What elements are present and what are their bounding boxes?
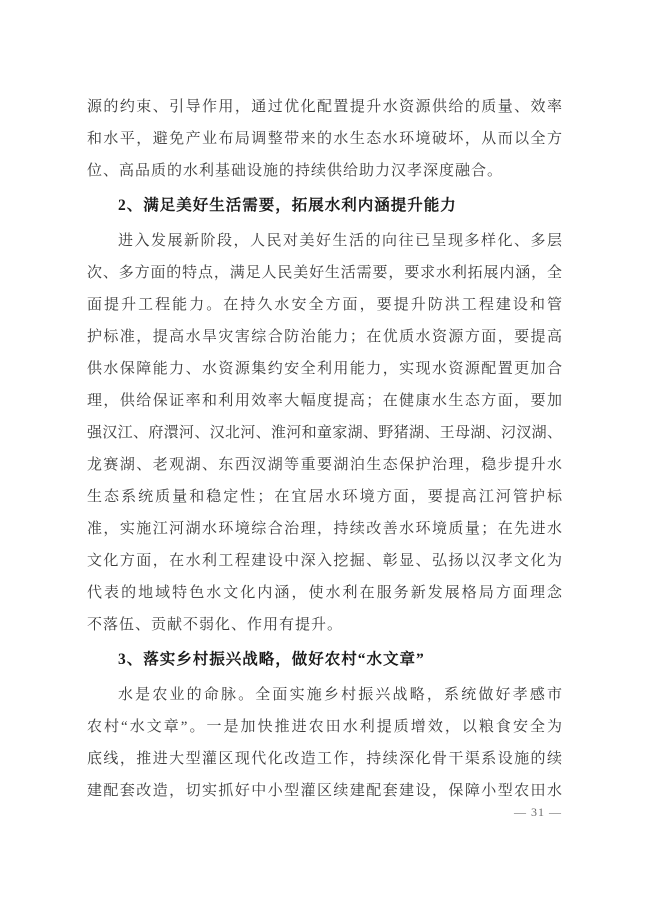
page-number: — 31 — (514, 804, 562, 820)
text-line: 次、多方面的特点，满足人民美好生活需要，要求水利拓展内涵，全 (87, 257, 562, 289)
text-line: 护标准，提高水旱灾害综合防治能力；在优质水资源方面，要提高 (87, 321, 562, 353)
text-line: 源的约束、引导作用，通过优化配置提升水资源供给的质量、效率 (87, 91, 562, 123)
text-line: 不落伍、贡献不弱化、作用有提升。 (87, 609, 562, 641)
text-line: 位、高品质的水利基础设施的持续供给助力汉孝深度融合。 (87, 155, 562, 187)
text-line: 农村“水文章”。一是加快推进农田水利提质增效，以粮食安全为 (87, 711, 562, 743)
text-line: 准，实施江河湖水环境综合治理，持续改善水环境质量；在先进水 (87, 513, 562, 545)
text-line: 面提升工程能力。在持久水安全方面，要提升防洪工程建设和管 (87, 289, 562, 321)
section-heading: 2、满足美好生活需要，拓展水利内涵提升能力 (87, 190, 562, 222)
text-line: 底线，推进大型灌区现代化改造工作，持续深化骨干渠系设施的续 (87, 743, 562, 775)
document-page: 源的约束、引导作用，通过优化配置提升水资源供给的质量、效率和水平，避免产业布局调… (0, 0, 650, 919)
text-line: 进入发展新阶段，人民对美好生活的向往已呈现多样化、多层 (87, 225, 562, 257)
text-line: 龙赛湖、老观湖、东西汊湖等重要湖泊生态保护治理，稳步提升水 (87, 449, 562, 481)
text-line: 生态系统质量和稳定性；在宜居水环境方面，要提高江河管护标 (87, 481, 562, 513)
text-line: 理，供给保证率和利用效率大幅度提高；在健康水生态方面，要加 (87, 385, 562, 417)
text-line: 建配套改造，切实抓好中小型灌区续建配套建设，保障小型农田水 (87, 775, 562, 807)
section-heading: 3、落实乡村振兴战略，做好农村“水文章” (87, 644, 562, 676)
text-line: 强汉江、府澴河、汉北河、淮河和童家湖、野猪湖、王母湖、汈汊湖、 (87, 417, 562, 449)
text-line: 供水保障能力、水资源集约安全利用能力，实现水资源配置更加合 (87, 353, 562, 385)
page-body-text: 源的约束、引导作用，通过优化配置提升水资源供给的质量、效率和水平，避免产业布局调… (87, 91, 562, 807)
text-line: 代表的地域特色水文化内涵，使水利在服务新发展格局方面理念 (87, 577, 562, 609)
text-line: 水是农业的命脉。全面实施乡村振兴战略，系统做好孝感市 (87, 679, 562, 711)
text-line: 文化方面，在水利工程建设中深入挖掘、彰显、弘扬以汉孝文化为 (87, 545, 562, 577)
text-line: 和水平，避免产业布局调整带来的水生态水环境破坏，从而以全方 (87, 123, 562, 155)
